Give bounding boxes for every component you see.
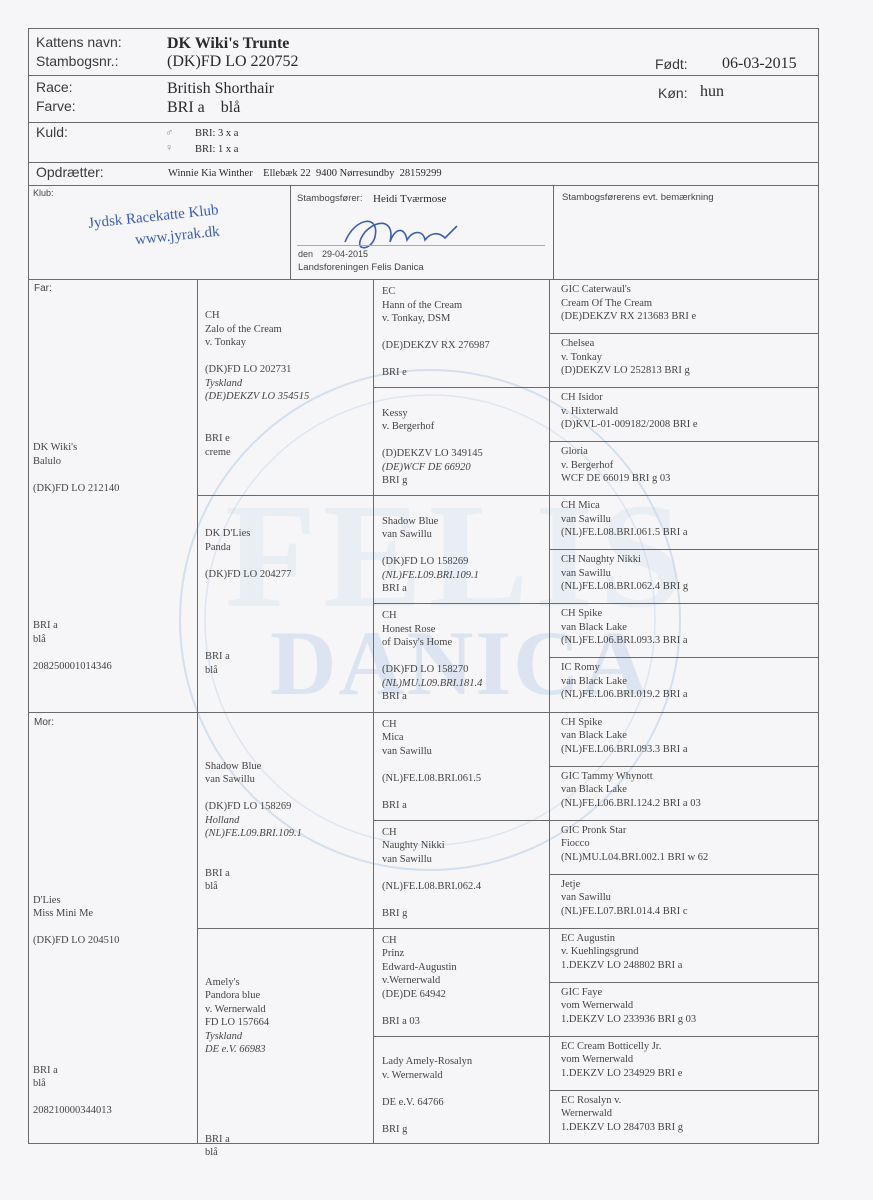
great-grandparent-cell: CHMicavan Sawillu (NL)FE.L08.BRI.061.5 B… xyxy=(382,718,481,813)
breeder-label: Opdrætter: xyxy=(36,164,104,180)
grid-line xyxy=(373,495,549,496)
great-great-grandparent-cell: Jetjevan Sawillu(NL)FE.L07.BRI.014.4 BRI… xyxy=(561,878,688,919)
great-great-grandparent-cell: CH Micavan Sawillu(NL)FE.L08.BRI.061.5 B… xyxy=(561,499,688,540)
grid-line xyxy=(549,928,819,929)
grid-line xyxy=(549,441,819,442)
great-great-grandparent-cell: GIC Tammy Whynottvan Black Lake(NL)FE.L0… xyxy=(561,770,701,811)
mother-label: Mor: xyxy=(34,717,54,728)
race-label: Race: xyxy=(36,79,73,95)
grid-line xyxy=(373,603,549,604)
grid-line xyxy=(549,1036,819,1037)
great-grandparent-cell: Lady Amely-Rosalynv. Wernerwald DE e.V. … xyxy=(382,1042,472,1137)
grid-line xyxy=(549,657,819,658)
great-great-grandparent-cell: IC Romyvan Black Lake(NL)FE.L06.BRI.019.… xyxy=(561,661,688,702)
great-great-grandparent-cell: CH Isidorv. Hixterwald(D)KVL-01-009182/2… xyxy=(561,391,697,432)
registrar-name: Heidi Tværmose xyxy=(373,193,446,205)
great-great-grandparent-cell: EC Cream Botticelly Jr.vom Wernerwald1.D… xyxy=(561,1040,682,1081)
great-grandparent-cell: ECHann of the Creamv. Tonkay, DSM (DE)DE… xyxy=(382,285,490,380)
pedigree-certificate: FELIS DANICA Kattens navn: DK Wiki's Tru… xyxy=(0,0,873,1200)
grandparent-color: BRI ablå xyxy=(205,650,230,677)
father-bottom: BRI ablå 208250001014346 xyxy=(33,619,112,673)
grid-line xyxy=(197,712,373,713)
sex-value: hun xyxy=(700,83,724,101)
grid-line xyxy=(197,495,373,496)
grid-line xyxy=(373,1036,549,1037)
remark-label: Stambogsførerens evt. bemærkning xyxy=(562,192,714,203)
color-value: BRI a blå xyxy=(167,99,240,117)
great-great-grandparent-cell: EC Augustinv. Kuehlingsgrund1.DEKZV LO 2… xyxy=(561,932,682,973)
race-value: British Shorthair xyxy=(167,80,274,98)
great-great-grandparent-cell: GIC Fayevom Wernerwald1.DEKZV LO 233936 … xyxy=(561,986,696,1027)
litter-male: BRI: 3 x a xyxy=(195,128,238,139)
mother-cell: D'LiesMiss Mini Me (DK)FD LO 204510 xyxy=(33,894,119,948)
litter-label: Kuld: xyxy=(36,124,68,140)
litter-female: BRI: 1 x a xyxy=(195,144,238,155)
female-symbol-icon: ♀ xyxy=(165,142,173,154)
grid-line xyxy=(373,387,549,388)
grandparent-cell: CHZalo of the Creamv. Tonkay (DK)FD LO 2… xyxy=(205,309,309,404)
grandparent-color: BRI ablå xyxy=(205,867,230,894)
great-grandparent-cell: Kessyv. Bergerhof (D)DEKZV LO 349145(DE)… xyxy=(382,393,483,488)
grandparent-color: BRI ecreme xyxy=(205,432,231,459)
grandparent-cell: Amely'sPandora bluev. WernerwaldFD LO 15… xyxy=(205,976,269,1057)
club-label: Klub: xyxy=(33,188,54,198)
grid-line xyxy=(549,495,819,496)
grid-line xyxy=(549,874,819,875)
cat-name: DK Wiki's Trunte xyxy=(167,35,289,53)
great-grandparent-cell: Shadow Bluevan Sawillu (DK)FD LO 158269(… xyxy=(382,501,479,596)
grid-line xyxy=(28,712,197,713)
grid-line xyxy=(549,766,819,767)
great-great-grandparent-cell: GIC Caterwaul'sCream Of The Cream(DE)DEK… xyxy=(561,283,696,324)
mother-bottom: BRI ablå 208210000344013 xyxy=(33,1064,112,1118)
sex-label: Køn: xyxy=(658,85,688,101)
grid-line xyxy=(549,333,819,334)
grid-line xyxy=(549,603,819,604)
registration-date: 29-04-2015 xyxy=(322,249,368,259)
great-great-grandparent-cell: Gloriav. BergerhofWCF DE 66019 BRI g 03 xyxy=(561,445,670,486)
grandparent-cell: Shadow Bluevan Sawillu (DK)FD LO 158269H… xyxy=(205,760,302,841)
grid-line xyxy=(549,712,819,713)
born-date: 06-03-2015 xyxy=(722,55,797,73)
breeder-value: Winnie Kia Winther Ellebæk 22 9400 Nørre… xyxy=(168,168,442,179)
registrar-label: Stambogsfører: xyxy=(297,193,362,204)
great-great-grandparent-cell: CH Naughty Nikkivan Sawillu(NL)FE.L08.BR… xyxy=(561,553,688,594)
organization: Landsforeningen Felis Danica xyxy=(298,262,424,273)
great-great-grandparent-cell: CH Spikevan Black Lake(NL)FE.L06.BRI.093… xyxy=(561,716,688,757)
born-label: Født: xyxy=(655,56,688,72)
name-label: Kattens navn: xyxy=(36,34,122,50)
grid-line xyxy=(549,387,819,388)
father-label: Far: xyxy=(34,283,52,294)
date-prefix: den xyxy=(298,249,313,259)
great-great-grandparent-cell: Chelseav. Tonkay(D)DEKZV LO 252813 BRI g xyxy=(561,337,690,378)
grandparent-cell: DK D'LiesPanda (DK)FD LO 204277 xyxy=(205,527,291,581)
grid-line xyxy=(549,549,819,550)
reg-number: (DK)FD LO 220752 xyxy=(167,53,299,71)
great-great-grandparent-cell: CH Spikevan Black Lake(NL)FE.L06.BRI.093… xyxy=(561,607,688,648)
great-grandparent-cell: CHHonest Roseof Daisy's Home (DK)FD LO 1… xyxy=(382,609,482,704)
grid-line xyxy=(197,928,373,929)
great-grandparent-cell: CHNaughty Nikkivan Sawillu (NL)FE.L08.BR… xyxy=(382,826,481,921)
grid-line xyxy=(373,712,549,713)
grid-line xyxy=(549,1090,819,1091)
male-symbol-icon: ♂ xyxy=(165,127,173,139)
grid-line xyxy=(373,928,549,929)
color-label: Farve: xyxy=(36,98,76,114)
great-grandparent-cell: CHPrinzEdward-Augustinv.Wernerwald(DE)DE… xyxy=(382,934,457,1029)
great-great-grandparent-cell: EC Rosalyn v.Wernerwald1.DEKZV LO 284703… xyxy=(561,1094,683,1135)
father-cell: DK Wiki'sBalulo (DK)FD LO 212140 xyxy=(33,441,119,495)
grid-line xyxy=(373,820,549,821)
grid-line xyxy=(549,820,819,821)
grid-line xyxy=(549,982,819,983)
reg-label: Stambogsnr.: xyxy=(36,53,119,69)
great-great-grandparent-cell: GIC Pronk StarFiocco(NL)MU.L04.BRI.002.1… xyxy=(561,824,708,865)
grandparent-color: BRI ablå xyxy=(205,1133,230,1160)
